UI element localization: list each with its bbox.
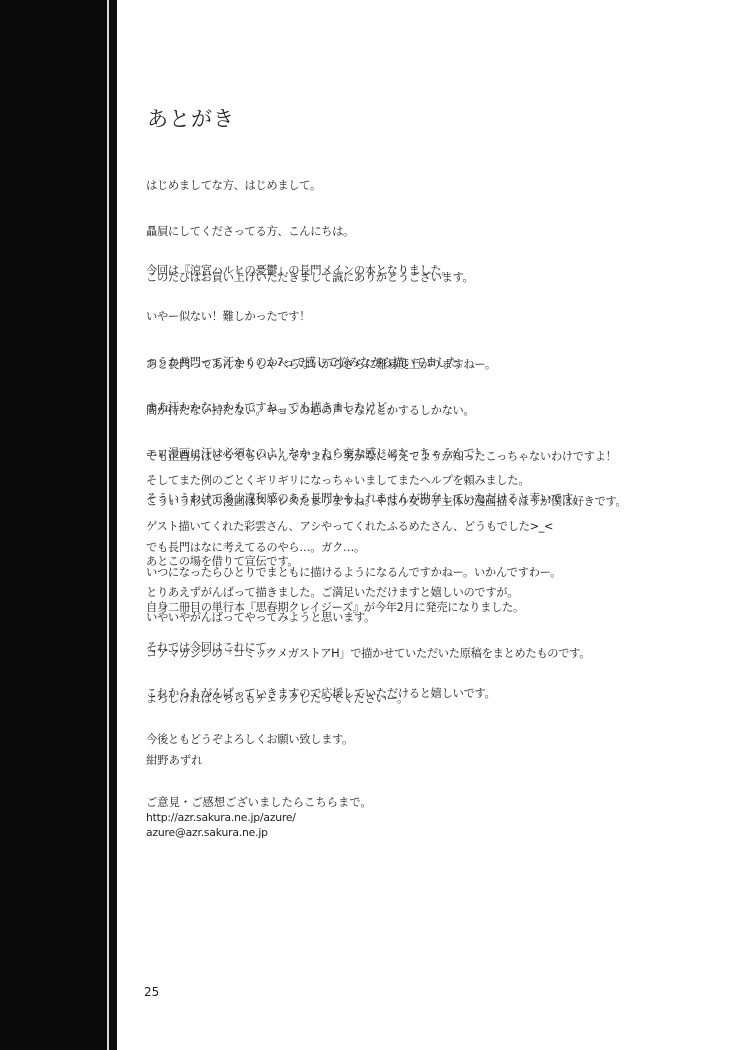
text-line: そしてまた例のごとくギリギリになっちゃいましてまたヘルプを頼みました。 (146, 473, 561, 488)
scan-border-black (0, 0, 107, 1050)
contact-message: ご意見・ご感想ございましたらこちらまで。 (146, 795, 372, 810)
scan-border-inner (109, 0, 117, 1050)
text-line: いやー似ない！難しかったです！ (146, 309, 583, 324)
text-line: はじめましてな方、はじめまして。 (146, 178, 474, 193)
text-line: 間が持たない持たない。キョンの心の声でなんとかするしかない。 (146, 403, 626, 418)
afterword-page: あとがき はじめましてな方、はじめまして。 贔屓にしてくださってる方、こんにちは… (117, 0, 735, 1050)
text-line: あと長門ってあんまりしゃべらないからさらに難易度上がりますねー。 (146, 357, 626, 372)
website-link[interactable]: http://azr.sakura.ne.jp/azure/ (146, 810, 372, 825)
contact-block: ご意見・ご感想ございましたらこちらまで。 http://azr.sakura.n… (146, 795, 372, 841)
text-line: それでは今回はこれにて。 (146, 640, 495, 655)
text-line: これからもがんばっていきますので応援していただけると嬉しいです。 (146, 686, 495, 701)
page-number: 25 (144, 985, 159, 999)
page-title: あとがき (147, 103, 235, 133)
text-line: 今回は『涼宮ハルヒの憂鬱』の長門メインの本となりました。 (146, 263, 583, 278)
text-line: あとこの場を借りて宣伝です。 (146, 554, 590, 569)
text-line: 今後ともどうぞよろしくお願い致します。 (146, 732, 495, 747)
author-name: 紺野あずれ (146, 752, 203, 768)
email-link[interactable]: azure@azr.sakura.ne.jp (146, 825, 372, 840)
